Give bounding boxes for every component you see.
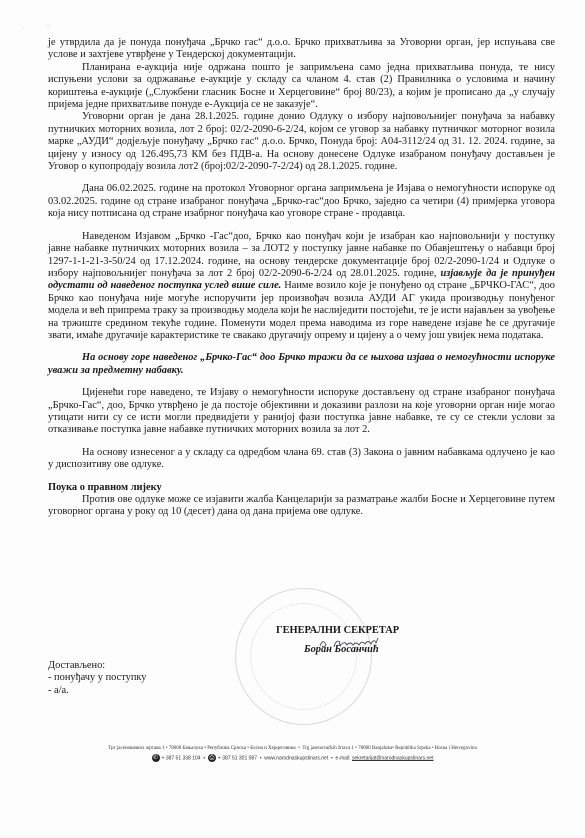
scan-artifact: ·: [46,22,50,30]
emphasized-paragraph: На основу горе наведеног „Брчко-Гас“ доо… [48,352,555,377]
footer-website-link[interactable]: www.narodnaskupstinars.net [264,755,328,761]
delivered-label: Достављено: [48,660,146,672]
scan-artifact: · [22,26,24,32]
legal-remedy-text: Против ове одлуке може се изјавити жалба… [48,494,555,519]
paragraph: Наведеном Изјавом „Брчко -Гас“доо, Брчко… [48,231,555,343]
delivered-to: Достављено: - понуђачу у поступку - а/а. [48,660,146,697]
letterhead-footer: Трг јасеновачких жртава 1 • 78000 Бањалу… [0,746,585,762]
footer-address-latin: Trg jasenovačkih žrtava 1 • 78000 Banjal… [302,746,476,751]
delivered-item: - а/а. [48,685,146,697]
footer-address-cyrillic: Трг јасеновачких жртава 1 • 78000 Бањалу… [108,746,295,751]
footer-fax: + 387 51 301 087 [218,755,257,761]
paragraph: Дана 06.02.2025. године на протокол Угов… [48,183,555,220]
paragraph: је утврдила да је понуда понуђача „Брчко… [48,37,555,62]
phone-icon: ✆ [152,754,160,762]
paragraph: На основу изнесеног а у складу са одредб… [48,447,555,472]
footer-phone: + 387 51 338 104 [162,755,201,761]
footer-email-link[interactable]: sekretarijat@narodnaskupstinars.net [352,755,434,761]
paragraph: Планирана е-аукција није одржана пошто ј… [48,62,555,112]
paragraph: Уговорни орган је дана 28.1.2025. године… [48,111,555,173]
official-stamp [235,588,372,725]
stamp-inner-ring [250,603,357,710]
paragraph: Цијенећи горе наведено, те Изјаву о немо… [48,387,555,437]
footer-email-label: e-mail: [336,755,351,761]
fax-icon: ⎙ [208,754,216,762]
document-body: је утврдила да је понуда понуђача „Брчко… [48,37,555,519]
document-page: · ·: је утврдила да је понуда понуђача „… [0,0,585,838]
legal-remedy-heading: Поука о правном лијеку [48,482,555,494]
signatory-title: ГЕНЕРАЛНИ СЕКРЕТАР [276,625,476,636]
signature-block: ГЕНЕРАЛНИ СЕКРЕТАР Боран Босанчић [276,625,476,655]
handwritten-signature [318,636,388,650]
delivered-item: - понуђачу у поступку [48,672,146,684]
